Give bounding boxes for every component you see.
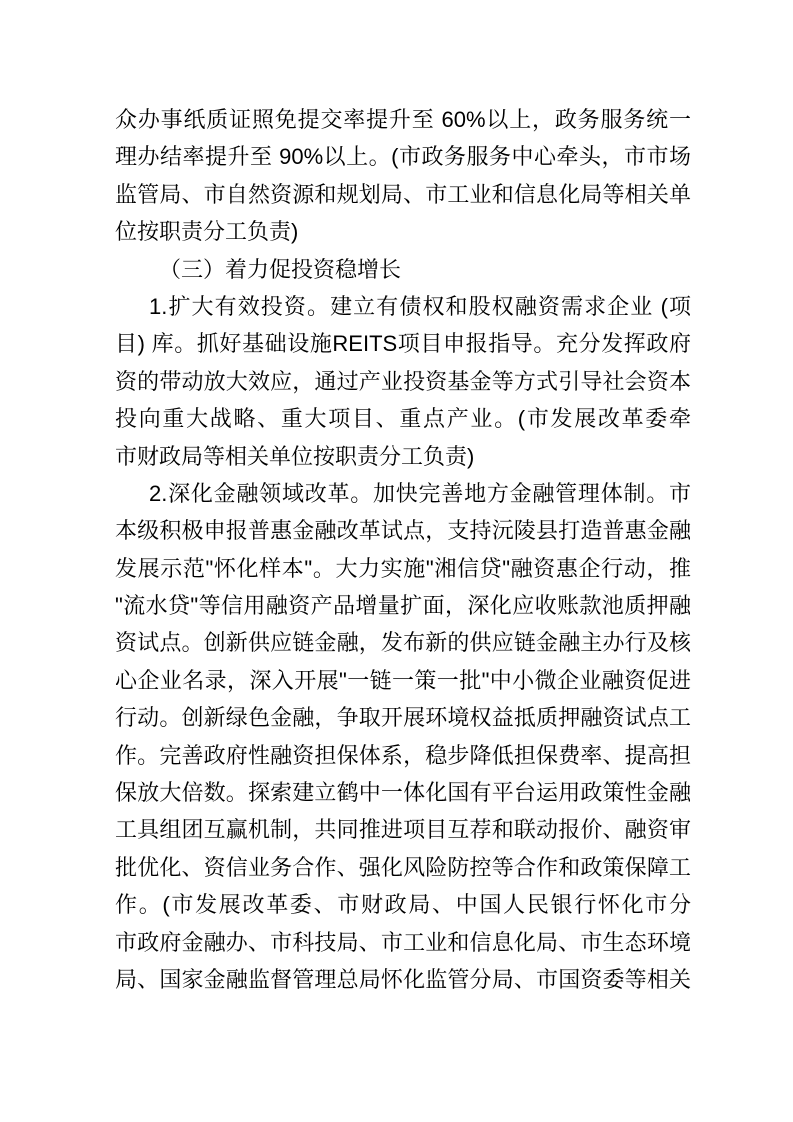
text-line: 批优化、资信业务合作、强化风险防控等合作和政策保障工 [115, 849, 691, 886]
text-line: 发展示范"怀化样本"。大力实施"湘信贷"融资惠企行动，推动 [115, 550, 691, 587]
text-line: 工具组团互赢机制，共同推进项目互荐和联动报价、融资审 [115, 811, 691, 848]
text-line: 保放大倍数。探索建立鹤中一体化国有平台运用政策性金融 [115, 774, 691, 811]
text-line: 理办结率提升至 90%以上。(市政务服务中心牵头，市市场 [115, 138, 691, 175]
document-page: 众办事纸质证照免提交率提升至 60%以上，政务服务统一受理办结率提升至 90%以… [0, 0, 793, 1122]
text-line: 行动。创新绿色金融，争取开展环境权益抵质押融资试点工 [115, 699, 691, 736]
text-line: 位按职责分工负责) [115, 213, 691, 250]
text-line: 目) 库。抓好基础设施REITS项目申报指导。充分发挥政府投 [115, 325, 691, 362]
text-line: 局、国家金融监督管理总局怀化监管分局、市国资委等相关 [115, 961, 691, 998]
text-line: 投向重大战略、重大项目、重点产业。(市发展改革委牵头， [115, 400, 691, 437]
text-line: 资试点。创新供应链金融，发布新的供应链金融主办行及核 [115, 624, 691, 661]
text-line: 2.深化金融领域改革。加快完善地方金融管理体制。市 [115, 475, 691, 512]
text-line: 心企业名录，深入开展"一链一策一批"中小微企业融资促进 [115, 662, 691, 699]
text-line: 监管局、市自然资源和规划局、市工业和信息化局等相关单 [115, 176, 691, 213]
text-line: 1.扩大有效投资。建立有债权和股权融资需求企业 (项 [115, 288, 691, 325]
text-line: 作。(市发展改革委、市财政局、中国人民银行怀化市分行、 [115, 886, 691, 923]
text-line: 资的带动放大效应，通过产业投资基金等方式引导社会资本 [115, 363, 691, 400]
text-line: （三）着力促投资稳增长 [115, 251, 691, 288]
text-line: 众办事纸质证照免提交率提升至 60%以上，政务服务统一受 [115, 101, 691, 138]
text-line: 市财政局等相关单位按职责分工负责) [115, 438, 691, 475]
text-line: 市政府金融办、市科技局、市工业和信息化局、市生态环境 [115, 924, 691, 961]
text-line: "流水贷"等信用融资产品增量扩面，深化应收账款池质押融 [115, 587, 691, 624]
text-line: 本级积极申报普惠金融改革试点，支持沅陵县打造普惠金融 [115, 512, 691, 549]
text-block: 众办事纸质证照免提交率提升至 60%以上，政务服务统一受理办结率提升至 90%以… [115, 101, 691, 998]
text-line: 作。完善政府性融资担保体系，稳步降低担保费率、提高担 [115, 737, 691, 774]
